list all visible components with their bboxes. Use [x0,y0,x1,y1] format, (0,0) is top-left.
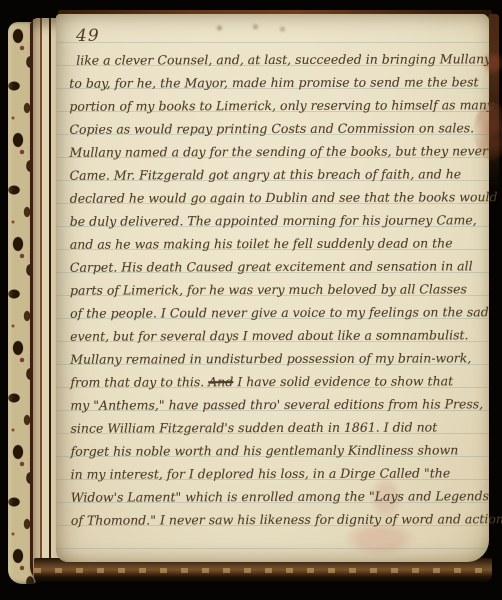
manuscript-line: Mullany named a day for the sending of t… [69,139,483,163]
manuscript-line: parts of Limerick, for he was very much … [70,277,484,301]
manuscript-line: Mullany remained in undisturbed possessi… [70,346,484,370]
manuscript-line: portion of my books to Limerick, only re… [69,93,483,117]
manuscript-line: Carpet. His death Caused great excitemen… [70,254,484,278]
manuscript-line: of the people. I Could never give a voic… [70,300,484,324]
manuscript-line: Came. Mr. Fitzgerald got angry at this b… [70,162,484,186]
manuscript-line: like a clever Counsel, and, at last, suc… [69,47,483,71]
manuscript-line: Copies as would repay printing Costs and… [69,116,483,140]
manuscript-line: declared he would go again to Dublin and… [70,185,484,209]
manuscript-line: of Thomond." I never saw his likeness fo… [71,507,485,531]
manuscript-line: in my interest, for I deplored his loss,… [71,461,485,485]
manuscript-line: forget his noble worth and his gentleman… [71,438,485,462]
manuscript-line: to bay, for he, the Mayor, made him prom… [69,70,483,94]
manuscript-line: from that day to this. And I have solid … [70,369,484,393]
stain [206,22,296,34]
manuscript-page: 49 like a clever Counsel, and, at last, … [56,14,489,562]
page-number: 49 [76,26,100,46]
manuscript-line: and as he was making his toilet he fell … [70,231,484,255]
manuscript-line: since William Fitzgerald's sudden death … [70,415,484,439]
manuscript-line: Widow's Lament" which is enrolled among … [71,484,485,508]
manuscript-line: be duly delivered. The appointed morning… [70,208,484,232]
struck-word: And [208,374,233,389]
photo-background: 49 like a clever Counsel, and, at last, … [0,0,502,600]
handwritten-text: like a clever Counsel, and, at last, suc… [69,47,485,531]
manuscript-line: event, but for several days I moved abou… [70,323,484,347]
manuscript-line: my "Anthems," have passed thro' several … [70,392,484,416]
